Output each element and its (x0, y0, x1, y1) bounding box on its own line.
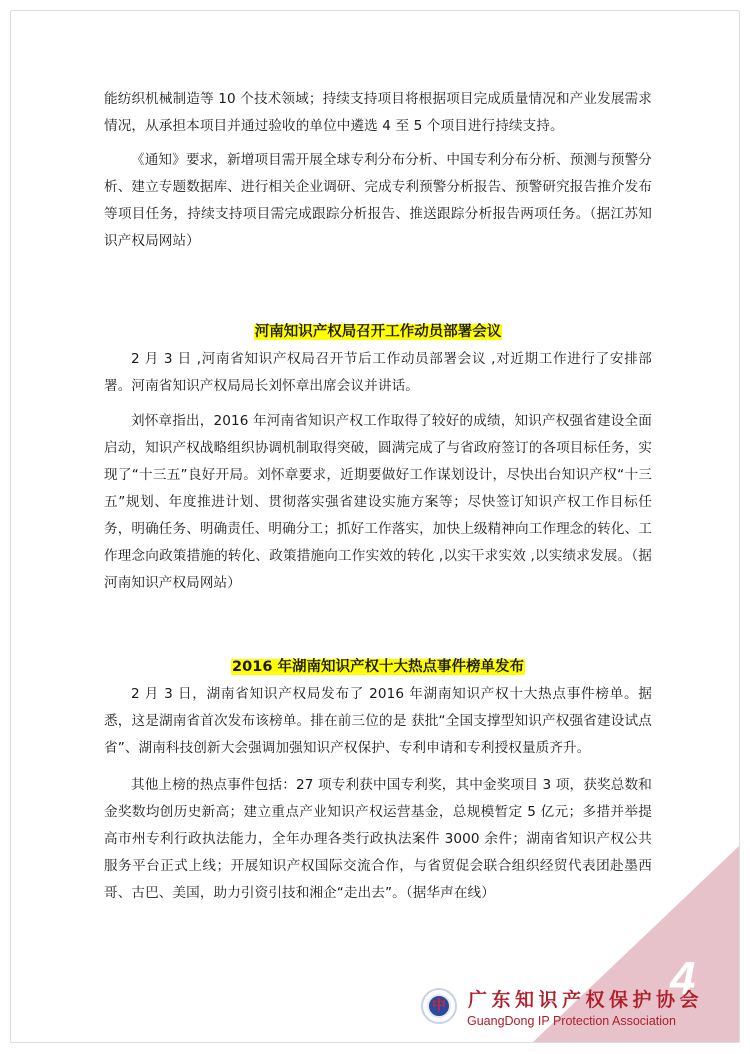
paragraph: 2 月 3 日，湖南省知识产权局发布了 2016 年湖南知识产权十大热点事件榜单… (104, 681, 652, 762)
article-title-hunan: 2016 年湖南知识产权十大热点事件榜单发布 (104, 657, 652, 677)
org-name-chinese: 广东知识产权保护协会 (468, 989, 703, 1011)
paragraph: 其他上榜的热点事件包括：27 项专利获中国专利奖，其中金奖项目 3 项，获奖总数… (104, 772, 652, 907)
highlighted-title: 河南知识产权局召开工作动员部署会议 (254, 324, 503, 340)
org-name-english: GuangDong IP Protection Association (467, 1013, 676, 1029)
paragraph: 2 月 3 日 ,河南省知识产权局召开节后工作动员部署会议 ,对近期工作进行了安… (104, 346, 652, 400)
article-hunan-body-1: 2 月 3 日，湖南省知识产权局发布了 2016 年湖南知识产权十大热点事件榜单… (104, 681, 652, 762)
emblem-glyph: 中 (427, 994, 451, 1018)
paragraph: 能纺织机械制造等 10 个技术领域；持续支持项目将根据项目完成质量情况和产业发展… (104, 86, 652, 140)
article-jiangsu-tail-2: 《通知》要求，新增项目需开展全球专利分布分析、中国专利分布分析、预测与预警分析、… (104, 147, 652, 255)
article-hunan-body-2: 其他上榜的热点事件包括：27 项专利获中国专利奖，其中金奖项目 3 项，获奖总数… (104, 772, 652, 907)
article-henan-body-1: 2 月 3 日 ,河南省知识产权局召开节后工作动员部署会议 ,对近期工作进行了安… (104, 346, 652, 400)
paragraph: 刘怀章指出，2016 年河南省知识产权工作取得了较好的成绩，知识产权强省建设全面… (104, 408, 652, 597)
association-emblem-icon: 中 (421, 988, 457, 1024)
highlighted-title: 2016 年湖南知识产权十大热点事件榜单发布 (231, 659, 525, 675)
article-henan-body-2: 刘怀章指出，2016 年河南省知识产权工作取得了较好的成绩，知识产权强省建设全面… (104, 408, 652, 597)
article-jiangsu-tail: 能纺织机械制造等 10 个技术领域；持续支持项目将根据项目完成质量情况和产业发展… (104, 86, 652, 140)
article-title-henan: 河南知识产权局召开工作动员部署会议 (104, 322, 652, 342)
paragraph: 《通知》要求，新增项目需开展全球专利分布分析、中国专利分布分析、预测与预警分析、… (104, 147, 652, 255)
